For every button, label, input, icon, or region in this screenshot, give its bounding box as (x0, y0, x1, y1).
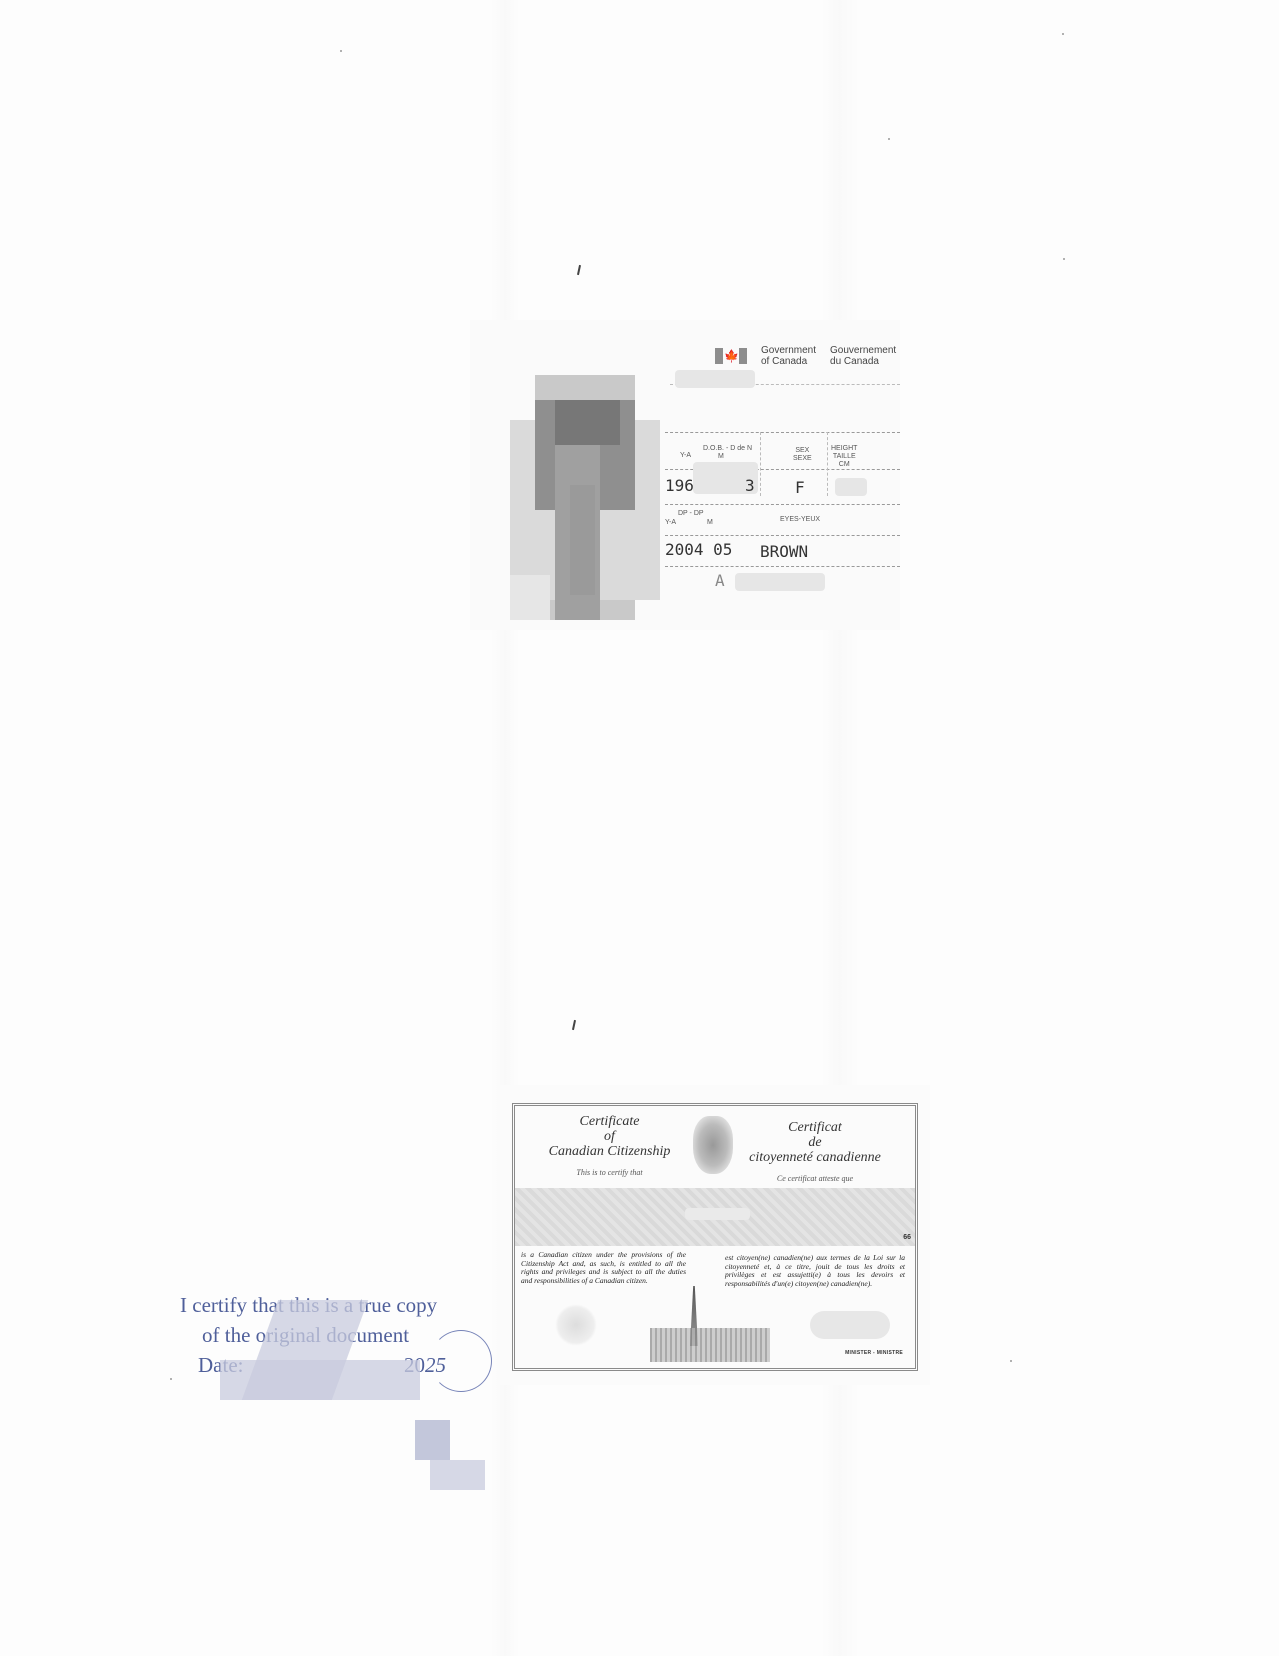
certificate-body-english: is a Canadian citizen under the provisio… (521, 1251, 686, 1285)
redacted-signature (810, 1311, 890, 1339)
scan-speck (1010, 1360, 1012, 1362)
dp-label: DP - DP (678, 510, 704, 518)
dob-label: D.O.B. - D de N (703, 445, 752, 453)
redacted-signature-stamp (415, 1420, 450, 1460)
coat-of-arms-icon (693, 1116, 733, 1174)
dob-value: 196 (665, 476, 694, 495)
sex-value: F (795, 478, 805, 497)
dob-ya-label: Y-A (680, 452, 691, 460)
issuer-english: Government of Canada (761, 345, 816, 367)
scan-band (820, 0, 860, 1656)
signatory-label: MINISTER - MINISTRE (845, 1350, 903, 1356)
certificate-title-english: Certificate of Canadian Citizenship This… (537, 1114, 682, 1180)
redacted-photo (510, 375, 660, 620)
dob-tail: 3 (745, 476, 755, 495)
scan-mark (572, 1020, 576, 1030)
certificate-serial: 66 (903, 1234, 911, 1241)
certificate-body-french: est citoyen(ne) canadien(ne) aux termes … (725, 1254, 905, 1288)
redacted-holder-name (685, 1208, 750, 1220)
government-of-canada-header: 🍁 Government of Canada Gouvernement du C… (715, 345, 896, 367)
eyes-label: EYES-YEUX (780, 516, 820, 524)
dp-value: 2004 05 (665, 540, 732, 559)
scan-speck (888, 138, 890, 140)
sex-label: SEXSEXE (793, 447, 812, 463)
scan-mark (577, 265, 581, 275)
certificate-border: Certificate of Canadian Citizenship This… (512, 1103, 918, 1371)
eyes-value: BROWN (760, 542, 808, 561)
redacted-signature-stamp (430, 1460, 485, 1490)
seal-icon (555, 1304, 597, 1346)
redacted-id-number (735, 573, 825, 591)
dp-m-label: M (707, 519, 713, 527)
id-prefix: A (715, 571, 725, 590)
parliament-illustration (650, 1328, 770, 1362)
canada-flag-icon: 🍁 (715, 348, 747, 364)
height-label: HEIGHTTAILLECM (831, 445, 857, 469)
scan-speck (1063, 258, 1065, 260)
redacted-height (835, 478, 867, 496)
scan-band (490, 0, 520, 1656)
citizenship-certificate-copy: Certificate of Canadian Citizenship This… (500, 1085, 930, 1385)
scan-speck (170, 1378, 172, 1380)
maple-leaf-band (515, 1188, 915, 1246)
dob-m-label: M (718, 453, 724, 461)
scan-speck (1062, 33, 1064, 35)
redacted-name (675, 370, 755, 388)
issuer-french: Gouvernement du Canada (830, 345, 896, 367)
dp-ya-label: Y-A (665, 519, 676, 527)
signature-loop (430, 1330, 492, 1392)
card-fields-grid: Y-A D.O.B. - D de N M SEXSEXE HEIGHTTAIL… (665, 432, 900, 597)
scan-speck (340, 50, 342, 52)
permanent-resident-card-copy: 🍁 Government of Canada Gouvernement du C… (470, 320, 900, 630)
redacted-signature-stamp (220, 1360, 420, 1400)
certificate-title-french: Certificat de citoyenneté canadienne Ce … (740, 1120, 890, 1186)
